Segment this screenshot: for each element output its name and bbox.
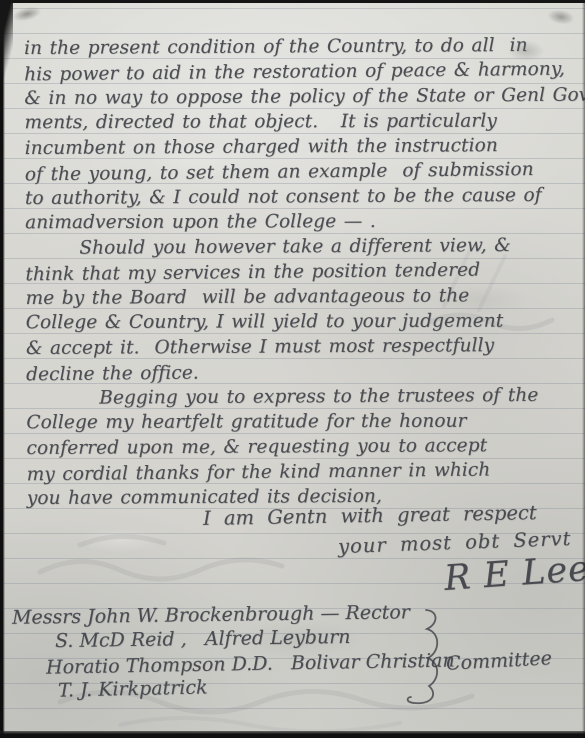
- committee-brace-icon: [406, 608, 450, 712]
- scan-edge-left: [0, 0, 5, 738]
- scan-edge-bottom: [0, 731, 585, 738]
- closing-line-respect: I am Gentn with great respect: [203, 501, 537, 530]
- addressee-line-kirkpatrick: T. J. Kirkpatrick: [58, 676, 208, 701]
- letter-line: to authority, & I could not consent to b…: [25, 182, 585, 211]
- letter-line: & in no way to oppose the policy of the …: [24, 82, 585, 111]
- letter-line: College & Country, I will yield to your …: [26, 308, 585, 335]
- corner-smudge-top-right: [543, 5, 580, 29]
- committee-label: Committee: [445, 647, 552, 675]
- letter-page: in the present condition of the Country,…: [0, 0, 585, 738]
- letter-line: me by the Board will be advantageous to …: [26, 282, 585, 311]
- letter-line: animadversion upon the College — .: [25, 208, 585, 235]
- scan-edge-top: [0, 0, 585, 3]
- letter-line: College my heartfelt gratitude for the h…: [26, 408, 585, 435]
- corner-smudge-top-left: [8, 2, 47, 26]
- paper-stain-top-right: [503, 38, 549, 64]
- letter-line: ments, directed to that object. It is pa…: [24, 108, 585, 135]
- letter-line-paragraph-start: Begging you to express to the trustees o…: [26, 382, 585, 411]
- signature-r-e-lee: R E Lee: [443, 549, 585, 599]
- addressee-line-thompson-christian: Horatio Thompson D.D. Bolivar Christian: [46, 649, 455, 678]
- addressee-line-reid-leyburn: S. McD Reid , Alfred Leyburn: [55, 626, 351, 652]
- addressee-line-rector: Messrs John W. Brockenbrough — Rector: [12, 601, 410, 629]
- letter-body: in the present condition of the Country,…: [24, 32, 585, 511]
